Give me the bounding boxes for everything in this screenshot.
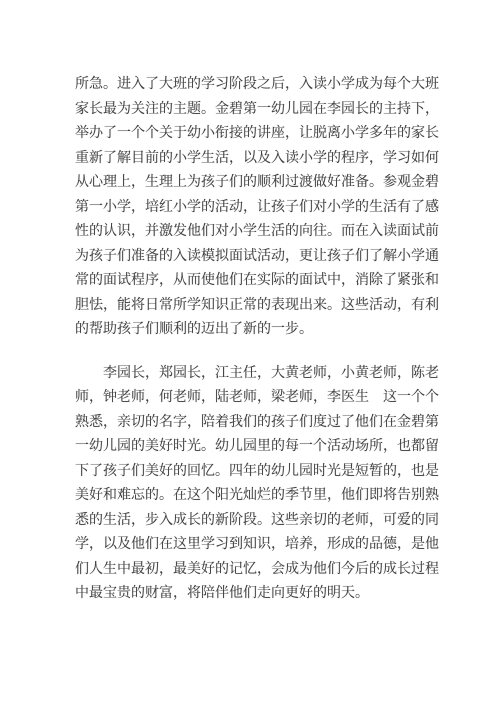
text-line: 常的面试程序，从而使他们在实际的面试中，消除了紧张和 (75, 269, 447, 294)
text-line: 悉的生活，步入成长的新阶段。这些亲切的老师，可爱的同 (75, 509, 447, 534)
text-line: 师，钟老师，何老师，陆老师，梁老师，李医生 这一个个 (75, 386, 447, 411)
text-line: 们人生中最初，最美好的记忆，会成为他们今后的成长过程 (75, 558, 447, 583)
text-line: 所急。进入了大班的学习阶段之后，入读小学成为每个大班 (75, 73, 447, 98)
paragraph-2: 李园长，郑园长，江主任，大黄老师，小黄老师，陈老 师，钟老师，何老师，陆老师，梁… (75, 362, 447, 607)
text-line: 第一小学，培红小学的活动，让孩子们对小学的生活有了感 (75, 196, 447, 221)
text-line: 美好和难忘的。在这个阳光灿烂的季节里，他们即将告别熟 (75, 484, 447, 509)
text-line: 下了孩子们美好的回忆。四年的幼儿园时光是短暂的，也是 (75, 460, 447, 485)
text-line: 李园长，郑园长，江主任，大黄老师，小黄老师，陈老 (75, 362, 447, 387)
paragraph-1: 所急。进入了大班的学习阶段之后，入读小学成为每个大班 家长最为关注的主题。金碧第… (75, 73, 447, 343)
text-line: 一幼儿园的美好时光。幼儿园里的每一个活动场所，也都留 (75, 435, 447, 460)
text-line: 学，以及他们在这里学习到知识，培养，形成的品德，是他 (75, 533, 447, 558)
document-page: 所急。进入了大班的学习阶段之后，入读小学成为每个大班 家长最为关注的主题。金碧第… (0, 0, 500, 708)
text-line: 中最宝贵的财富，将陪伴他们走向更好的明天。 (75, 582, 447, 607)
text-line: 举办了一个个关于幼小衔接的讲座，让脱离小学多年的家长 (75, 122, 447, 147)
text-line: 胆怯，能将日常所学知识正常的表现出来。这些活动，有利 (75, 294, 447, 319)
text-line: 熟悉，亲切的名字，陪着我们的孩子们度过了他们在金碧第 (75, 411, 447, 436)
text-line: 为孩子们准备的入读模拟面试活动，更让孩子们了解小学通 (75, 245, 447, 270)
text-line: 家长最为关注的主题。金碧第一幼儿园在李园长的主持下， (75, 98, 447, 123)
text-line: 重新了解目前的小学生活，以及入读小学的程序，学习如何 (75, 147, 447, 172)
text-line: 的帮助孩子们顺利的迈出了新的一步。 (75, 318, 447, 343)
text-content: 所急。进入了大班的学习阶段之后，入读小学成为每个大班 家长最为关注的主题。金碧第… (75, 73, 447, 607)
text-line: 从心理上，生理上为孩子们的顺利过渡做好准备。参观金碧 (75, 171, 447, 196)
text-line: 性的认识，并激发他们对小学生活的向往。而在入读面试前 (75, 220, 447, 245)
